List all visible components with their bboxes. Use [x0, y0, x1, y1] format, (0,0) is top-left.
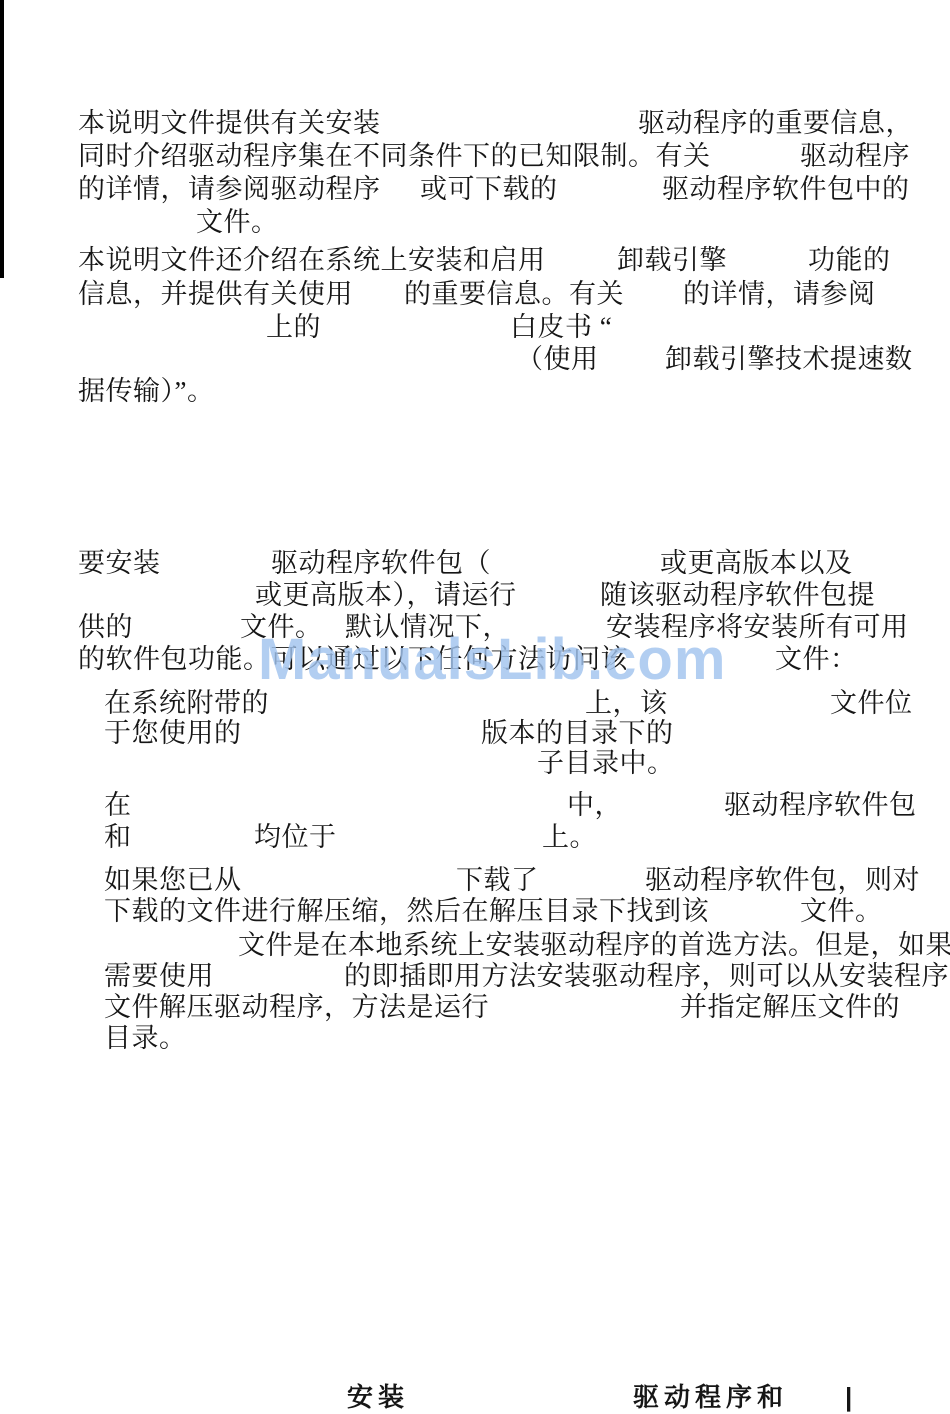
- document-page: 本说明文件提供有关安装驱动程序的重要信息，同时介绍驱动程序集在不同条件下的已知限…: [0, 0, 950, 1414]
- page-footer: 安装驱动程序和|: [0, 0, 950, 1414]
- scan-artifact-bar: [0, 0, 4, 278]
- footer-text-run: 驱动程序和: [633, 1382, 788, 1412]
- footer-text-run: 安装: [347, 1382, 409, 1412]
- footer-separator: |: [845, 1382, 857, 1412]
